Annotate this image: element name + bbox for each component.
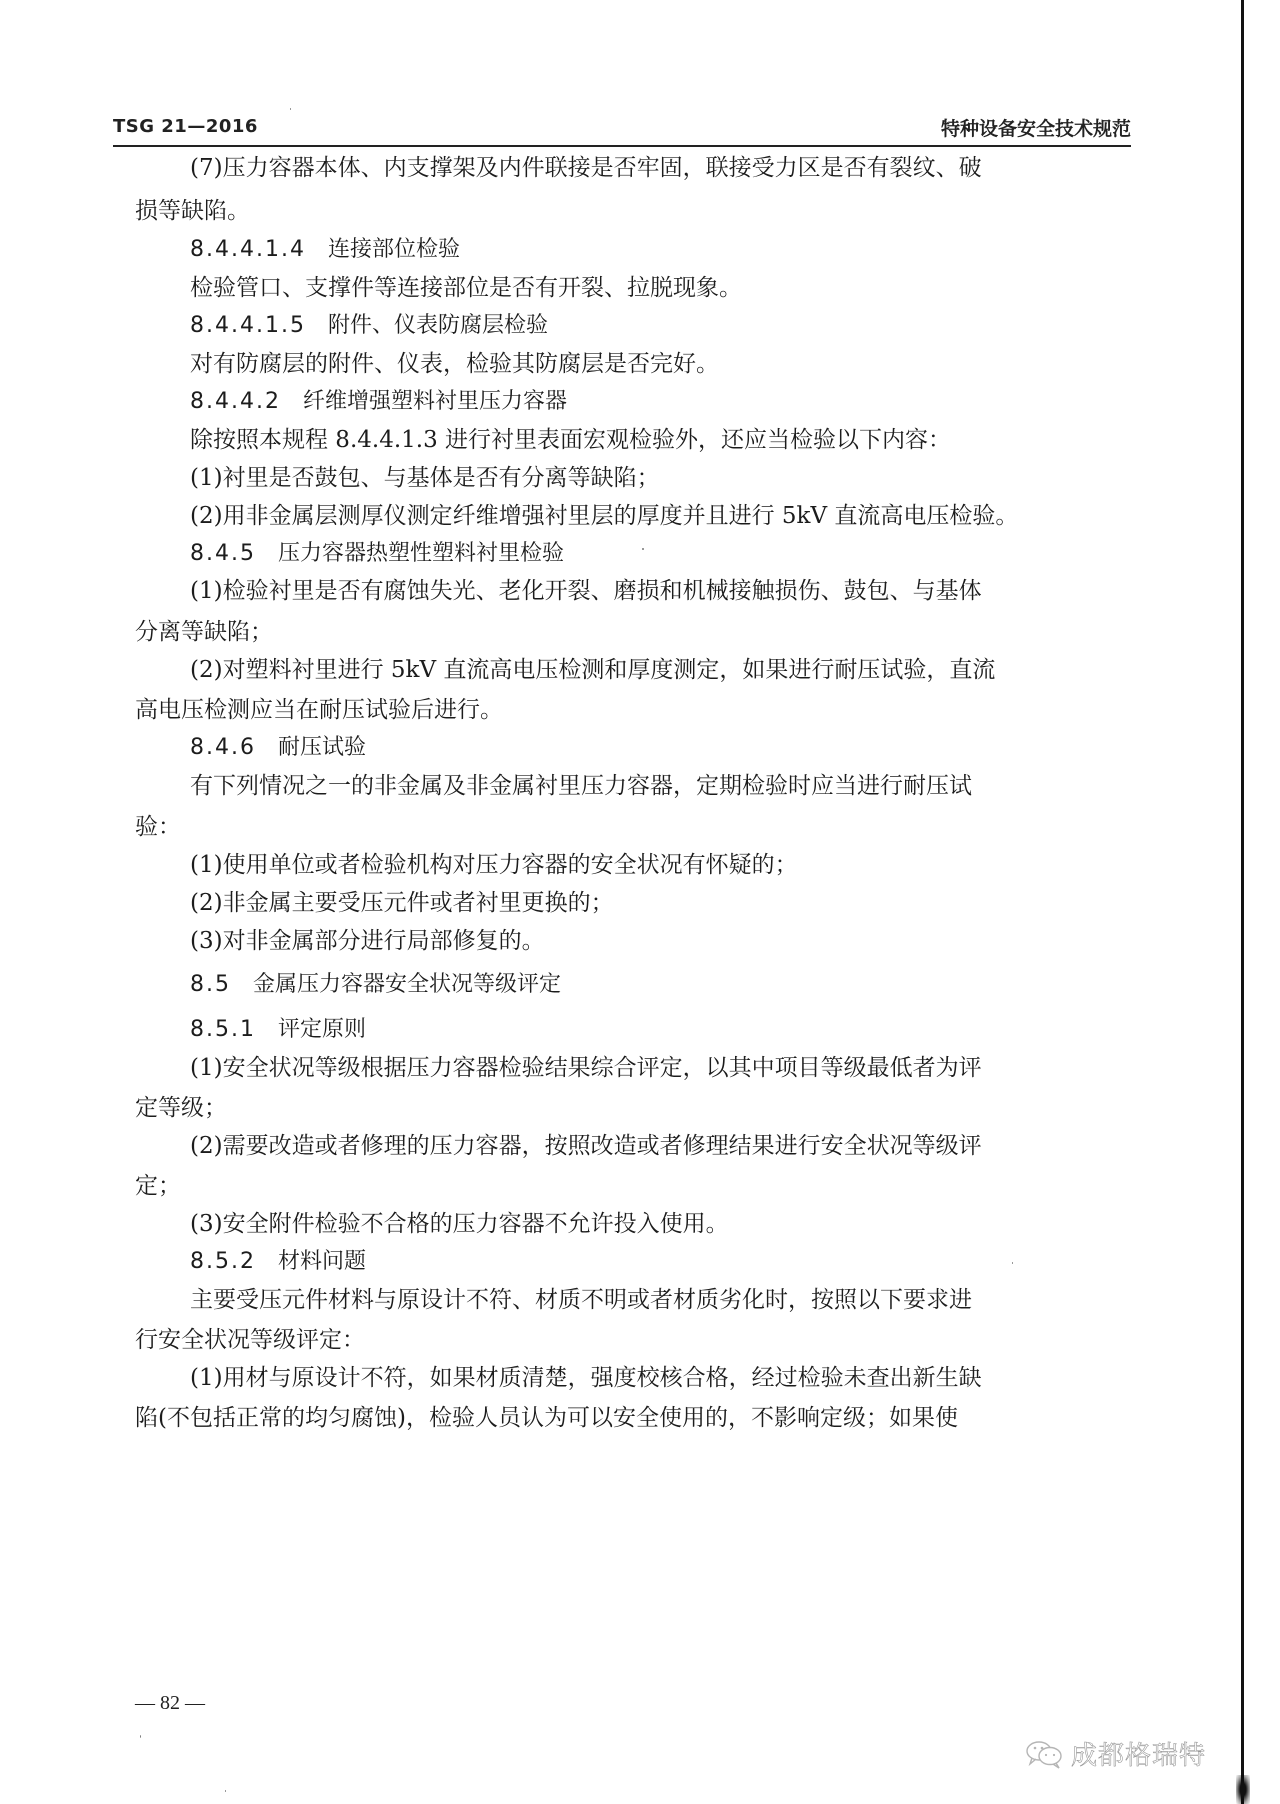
body-line: (2)用非金属层测厚仪测定纤维增强衬里层的厚度并且进行 5kV 直流高电压检验。: [190, 501, 1018, 531]
scan-speck: [290, 108, 291, 110]
section-title: 连接部位检验: [328, 237, 460, 262]
section-heading: 8.4.6耐压试验: [190, 733, 366, 763]
body-line: 分离等缺陷；: [135, 617, 273, 647]
standard-code: TSG 21—2016: [113, 116, 258, 137]
section-number: 8.4.4.1.4: [190, 235, 306, 265]
section-heading: 8.5.1评定原则: [190, 1015, 366, 1045]
section-number: 8.5.1: [190, 1015, 256, 1045]
section-heading: 8.5金属压力容器安全状况等级评定: [190, 970, 561, 1000]
scan-speck: [225, 1790, 226, 1792]
section-title: 金属压力容器安全状况等级评定: [253, 972, 561, 997]
body-line: 行安全状况等级评定：: [135, 1325, 365, 1355]
running-header: TSG 21—2016 特种设备安全技术规范: [113, 112, 1131, 144]
body-line: (2)需要改造或者修理的压力容器，按照改造或者修理结果进行安全状况等级评: [190, 1131, 982, 1161]
binding-edge-shadow: [1236, 1775, 1250, 1804]
header-rule: [113, 145, 1131, 147]
body-line: (3)对非金属部分进行局部修复的。: [190, 926, 545, 956]
body-line: 定等级；: [135, 1093, 227, 1123]
watermark: 成都格瑞特: [1025, 1735, 1206, 1772]
body-line: (2)对塑料衬里进行 5kV 直流高电压检测和厚度测定，如果进行耐压试验，直流: [190, 655, 995, 685]
body-line: 除按照本规程 8.4.4.1.3 进行衬里表面宏观检验外，还应当检验以下内容：: [190, 425, 951, 455]
body-line: (1)使用单位或者检验机构对压力容器的安全状况有怀疑的；: [190, 850, 798, 880]
wechat-icon: [1025, 1739, 1065, 1769]
section-heading: 8.4.4.1.5附件、仪表防腐层检验: [190, 311, 548, 341]
body-line: 陷(不包括正常的均匀腐蚀)，检验人员认为可以安全使用的，不影响定级；如果使: [135, 1403, 958, 1433]
section-heading: 8.4.4.1.4连接部位检验: [190, 235, 460, 265]
watermark-text: 成都格瑞特: [1071, 1735, 1206, 1772]
body-line: (2)非金属主要受压元件或者衬里更换的；: [190, 888, 614, 918]
body-line: 定；: [135, 1171, 181, 1201]
section-number: 8.4.4.1.5: [190, 311, 306, 341]
body-line: (7)压力容器本体、内支撑架及内件联接是否牢固，联接受力区是否有裂纹、破: [190, 153, 982, 183]
body-line: (1)衬里是否鼓包、与基体是否有分离等缺陷；: [190, 463, 660, 493]
section-heading: 8.4.4.2纤维增强塑料衬里压力容器: [190, 387, 567, 417]
body-line: 对有防腐层的附件、仪表，检验其防腐层是否完好。: [190, 349, 719, 379]
body-line: 损等缺陷。: [135, 196, 250, 226]
body-line: 检验管口、支撑件等连接部位是否有开裂、拉脱现象。: [190, 273, 742, 303]
section-title: 纤维增强塑料衬里压力容器: [303, 389, 567, 414]
page-number: — 82 —: [135, 1692, 205, 1715]
section-heading: 8.5.2材料问题: [190, 1247, 366, 1277]
section-title: 评定原则: [278, 1017, 366, 1042]
binding-edge: [1241, 0, 1244, 1804]
body-line: 有下列情况之一的非金属及非金属衬里压力容器，定期检验时应当进行耐压试: [190, 771, 972, 801]
section-title: 材料问题: [278, 1249, 366, 1274]
scan-speck: [140, 1735, 141, 1738]
document-page: TSG 21—2016 特种设备安全技术规范 (7)压力容器本体、内支撑架及内件…: [0, 0, 1280, 1804]
body-line: 主要受压元件材料与原设计不符、材质不明或者材质劣化时，按照以下要求进: [190, 1285, 972, 1315]
section-number: 8.4.6: [190, 733, 256, 763]
body-line: (1)安全状况等级根据压力容器检验结果综合评定，以其中项目等级最低者为评: [190, 1053, 982, 1083]
series-title: 特种设备安全技术规范: [941, 114, 1131, 141]
section-number: 8.5.2: [190, 1247, 256, 1277]
section-number: 8.4.5: [190, 539, 256, 569]
section-number: 8.4.4.2: [190, 387, 281, 417]
section-title: 附件、仪表防腐层检验: [328, 313, 548, 338]
section-number: 8.5: [190, 970, 231, 1000]
scan-speck: [1012, 1262, 1013, 1264]
section-heading: 8.4.5压力容器热塑性塑料衬里检验: [190, 539, 564, 569]
body-line: 验：: [135, 812, 181, 842]
body-line: (3)安全附件检验不合格的压力容器不允许投入使用。: [190, 1209, 729, 1239]
section-title: 压力容器热塑性塑料衬里检验: [278, 541, 564, 566]
section-title: 耐压试验: [278, 735, 366, 760]
scan-speck: [642, 548, 644, 550]
body-line: (1)检验衬里是否有腐蚀失光、老化开裂、磨损和机械接触损伤、鼓包、与基体: [190, 576, 982, 606]
body-line: 高电压检测应当在耐压试验后进行。: [135, 695, 503, 725]
body-line: (1)用材与原设计不符，如果材质清楚，强度校核合格，经过检验未查出新生缺: [190, 1363, 982, 1393]
